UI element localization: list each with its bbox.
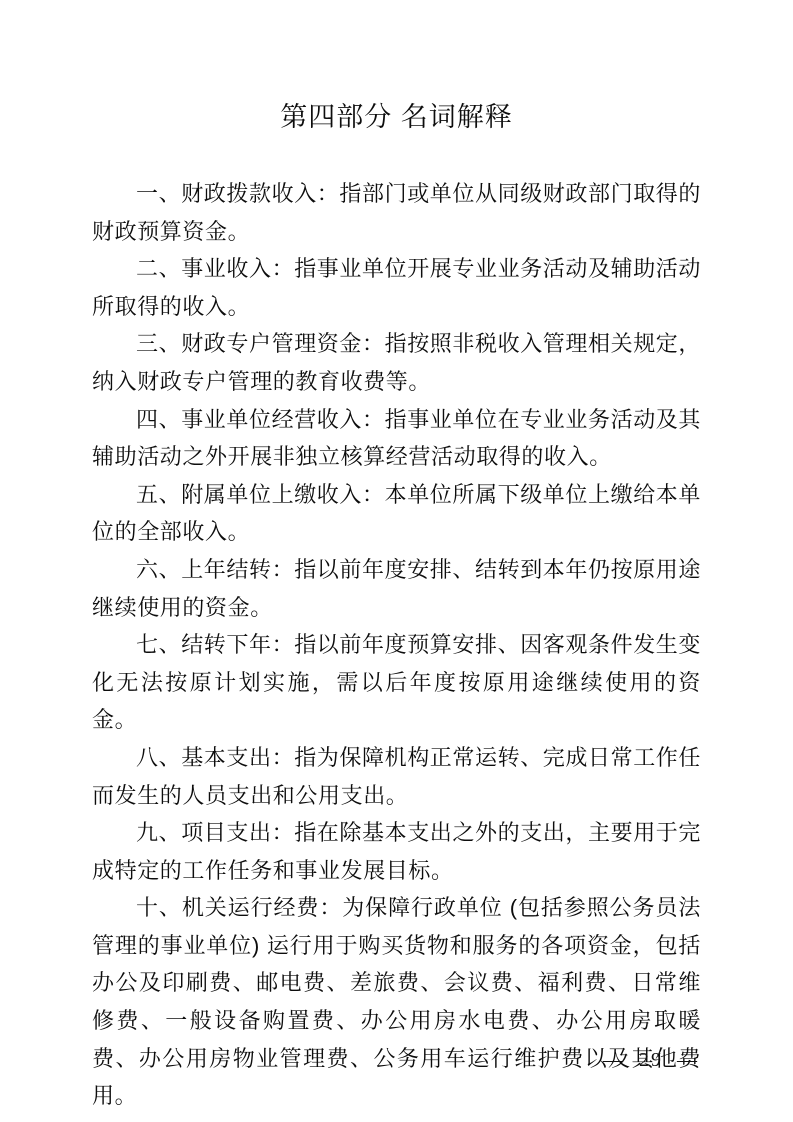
paragraph-fiscal-appropriation-income: 一、财政拨款收入：指部门或单位从同级财政部门取得的财政预算资金。 bbox=[92, 175, 701, 250]
paragraph-agency-operating-expenses: 十、机关运行经费：为保障行政单位 (包括参照公务员法管理的事业单位) 运行用于购… bbox=[92, 889, 701, 1115]
paragraph-project-expenditure: 九、项目支出：指在除基本支出之外的支出，主要用于完成特定的工作任务和事业发展目标… bbox=[92, 814, 701, 889]
document-page: 第四部分 名词解释 一、财政拨款收入：指部门或单位从同级财政部门取得的财政预算资… bbox=[0, 0, 793, 1122]
paragraph-fiscal-special-account-funds: 三、财政专户管理资金：指按照非税收入管理相关规定，纳入财政专户管理的教育收费等。 bbox=[92, 325, 701, 400]
paragraph-carryover-to-next-year: 七、结转下年：指以前年度预算安排、因客观条件发生变化无法按原计划实施，需以后年度… bbox=[92, 626, 701, 739]
page-number: — 29 — bbox=[603, 1049, 699, 1072]
paragraph-subordinate-unit-remitted-income: 五、附属单位上缴收入：本单位所属下级单位上缴给本单位的全部收入。 bbox=[92, 476, 701, 551]
paragraph-basic-expenditure: 八、基本支出：指为保障机构正常运转、完成日常工作任而发生的人员支出和公用支出。 bbox=[92, 739, 701, 814]
document-title: 第四部分 名词解释 bbox=[92, 0, 701, 134]
paragraph-carryover-from-previous-year: 六、上年结转：指以前年度安排、结转到本年仍按原用途继续使用的资金。 bbox=[92, 551, 701, 626]
paragraph-institution-operating-income: 四、事业单位经营收入：指事业单位在专业业务活动及其辅助活动之外开展非独立核算经营… bbox=[92, 401, 701, 476]
document-content: 第四部分 名词解释 一、财政拨款收入：指部门或单位从同级财政部门取得的财政预算资… bbox=[0, 0, 793, 1115]
paragraph-institution-income: 二、事业收入：指事业单位开展专业业务活动及辅助活动所取得的收入。 bbox=[92, 250, 701, 325]
document-body: 一、财政拨款收入：指部门或单位从同级财政部门取得的财政预算资金。 二、事业收入：… bbox=[92, 175, 701, 1115]
